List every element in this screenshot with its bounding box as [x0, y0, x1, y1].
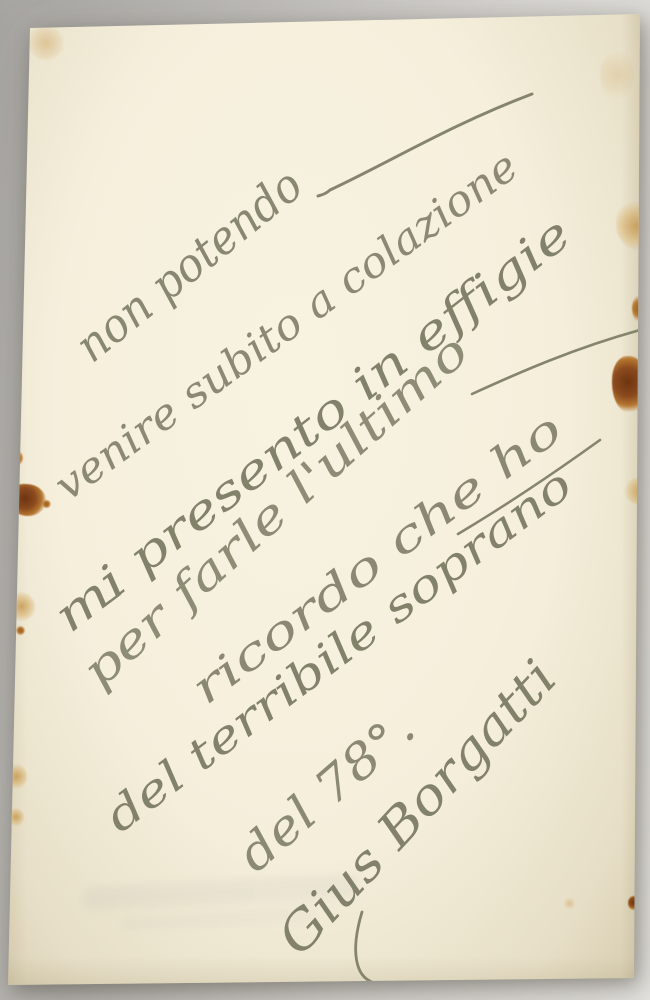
pen-flourish: [356, 912, 372, 982]
pen-flourish: [472, 330, 640, 394]
postcard-shadow-wrap: non potendo venire subito a colazione mi…: [0, 0, 650, 1000]
photo-background: non potendo venire subito a colazione mi…: [0, 0, 650, 1000]
handwriting-layer: non potendo venire subito a colazione mi…: [0, 0, 650, 1000]
postcard: non potendo venire subito a colazione mi…: [0, 0, 650, 1000]
